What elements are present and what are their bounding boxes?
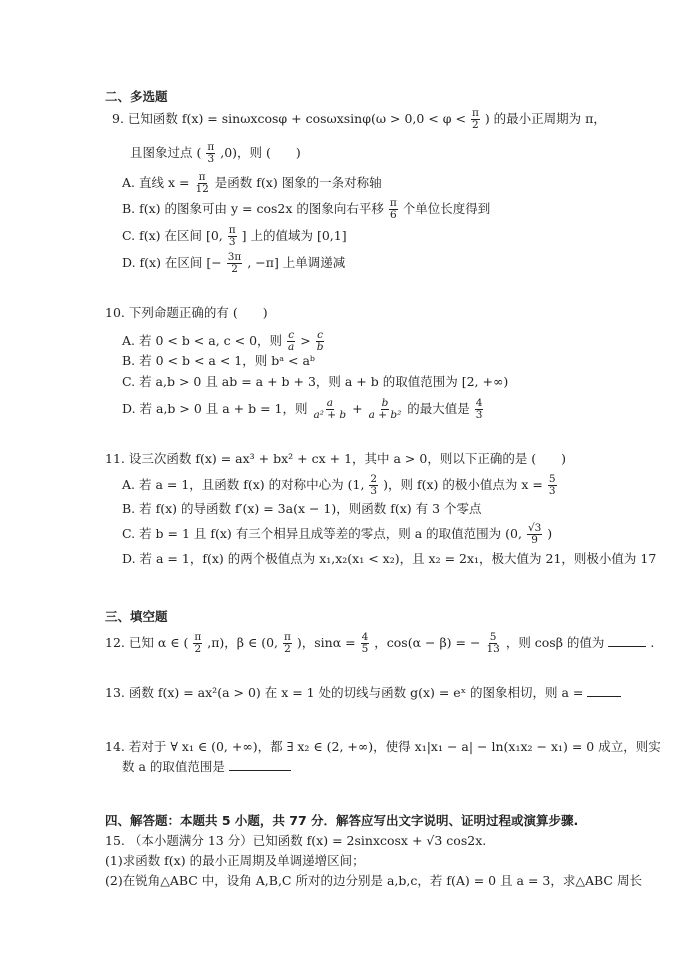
question-13: 13. 函数 f(x) = ax²(a > 0) 在 x = 1 处的切线与函数… [105, 684, 621, 702]
text: ，则 cosβ 的值为 [506, 635, 605, 650]
denominator: 5 [361, 644, 370, 655]
fraction: 3π2 [227, 252, 243, 275]
text: C. 若 b = 1 且 f(x) 有三个相异且成等差的零点，则 a 的取值范围… [122, 526, 522, 541]
fraction: 513 [485, 632, 500, 655]
denominator: 2 [283, 644, 292, 655]
q11-option-c: C. 若 b = 1 且 f(x) 有三个相异且成等差的零点，则 a 的取值范围… [122, 523, 552, 546]
denominator: b [316, 342, 325, 353]
text: A. 若 0 < b < a, c < 0，则 [122, 333, 282, 348]
denominator: 3 [206, 154, 215, 165]
text: )，sinα = [297, 635, 356, 650]
text: ,0)，则 ( ) [220, 145, 301, 160]
q10-option-c: C. 若 a,b > 0 且 ab = a + b + 3，则 a + b 的取… [122, 373, 508, 391]
question-15-part1: (1)求函数 f(x) 的最小正周期及单调递增区间； [105, 852, 365, 870]
text: )，则 f(x) 的极小值点为 x = [383, 477, 543, 492]
denominator: 13 [485, 644, 500, 655]
fraction: π2 [471, 108, 480, 131]
q9-stem-text-end: ) 的最小正周期为 π， [485, 111, 606, 126]
denominator: 2 [471, 120, 480, 131]
text: ) [547, 526, 552, 541]
text: , −π] 上单调递减 [247, 255, 345, 270]
text: > [300, 333, 310, 348]
q9-option-c: C. f(x) 在区间 [0, π3 ] 上的值域为 [0,1] [122, 225, 347, 248]
text: + [352, 401, 362, 416]
fraction: π3 [206, 142, 215, 165]
denominator: a² + b [312, 410, 347, 421]
fraction: ba + b² [368, 398, 403, 421]
text: 13. 函数 f(x) = ax²(a > 0) 在 x = 1 处的切线与函数… [105, 685, 583, 700]
fraction: 45 [361, 632, 370, 655]
answer-blank[interactable] [229, 758, 291, 771]
q9-option-a: A. 直线 x = π12 是函数 f(x) 图象的一条对称轴 [122, 172, 382, 195]
fraction: π3 [228, 225, 237, 248]
section-heading-multiple-choice: 二、多选题 [105, 88, 168, 106]
q11-option-a: A. 若 a = 1，且函数 f(x) 的对称中心为 (1, 23 )，则 f(… [122, 474, 558, 497]
text: 个单位长度得到 [403, 201, 491, 216]
text: 且图象过点 ( [130, 145, 201, 160]
denominator: 3 [228, 237, 237, 248]
text: D. 若 a,b > 0 且 a + b = 1，则 [122, 401, 308, 416]
fraction: π2 [193, 632, 202, 655]
fraction: π6 [389, 198, 398, 221]
denominator: a + b² [368, 410, 403, 421]
question-9-stem: 9. 已知函数 f(x) = sinωxcosφ + cosωxsinφ(ω >… [112, 108, 606, 131]
q10-option-a: A. 若 0 < b < a, c < 0，则 ca > cb [122, 330, 325, 353]
question-12: 12. 已知 α ∈ ( π2 ,π)，β ∈ (0, π2 )，sinα = … [105, 632, 654, 655]
fraction: π2 [283, 632, 292, 655]
question-11-stem: 11. 设三次函数 f(x) = ax³ + bx² + cx + 1，其中 a… [105, 450, 566, 468]
text: ] 上的值域为 [0,1] [242, 228, 347, 243]
text: 12. 已知 α ∈ ( [105, 635, 188, 650]
denominator: 2 [230, 264, 239, 275]
text: 的最大值是 [407, 401, 470, 416]
question-10-stem: 10. 下列命题正确的有 ( ) [105, 304, 268, 322]
fraction: ca [287, 330, 295, 353]
denominator: 3 [548, 486, 557, 497]
q9-number: 9. [112, 111, 124, 126]
text: D. f(x) 在区间 [− [122, 255, 222, 270]
text: . [650, 635, 654, 650]
q10-option-b: B. 若 0 < b < a < 1，则 bᵃ < aᵇ [122, 352, 315, 370]
q10-option-d: D. 若 a,b > 0 且 a + b = 1，则 aa² + b + ba … [122, 398, 484, 421]
fraction: 53 [548, 474, 557, 497]
denominator: 3 [475, 410, 484, 421]
text: A. 若 a = 1，且函数 f(x) 的对称中心为 (1, [122, 477, 364, 492]
question-14-line1: 14. 若对于 ∀ x₁ ∈ (0, +∞)，都 ∃ x₂ ∈ (2, +∞)，… [105, 738, 661, 756]
text: B. f(x) 的图象可由 y = cos2x 的图象向右平移 [122, 201, 384, 216]
text: ，cos(α − β) = − [374, 635, 480, 650]
denominator: 6 [389, 210, 398, 221]
q11-option-d: D. 若 a = 1，f(x) 的两个极值点为 x₁,x₂(x₁ < x₂)，且… [122, 550, 656, 568]
fraction: 43 [475, 398, 484, 421]
fraction: cb [316, 330, 325, 353]
section-heading-answer: 四、解答题：本题共 5 小题，共 77 分．解答应写出文字说明、证明过程或演算步… [105, 812, 578, 830]
fraction: 23 [369, 474, 378, 497]
question-15-part2: (2)在锐角△ABC 中，设角 A,B,C 所对的边分别是 a,b,c，若 f(… [105, 872, 642, 890]
denominator: 2 [193, 644, 202, 655]
q11-option-b: B. 若 f(x) 的导函数 f′(x) = 3a(x − 1)，则函数 f(x… [122, 500, 482, 518]
q9-option-b: B. f(x) 的图象可由 y = cos2x 的图象向右平移 π6 个单位长度… [122, 198, 490, 221]
q9-stem-text: 已知函数 f(x) = sinωxcosφ + cosωxsinφ(ω > 0,… [128, 111, 466, 126]
answer-blank[interactable] [587, 684, 621, 697]
fraction: √39 [527, 523, 542, 546]
fraction: π12 [194, 172, 209, 195]
denominator: 12 [194, 184, 209, 195]
fraction: aa² + b [312, 398, 347, 421]
q9-option-d: D. f(x) 在区间 [− 3π2 , −π] 上单调递减 [122, 252, 345, 275]
question-9-stem-line2: 且图象过点 ( π3 ,0)，则 ( ) [130, 142, 301, 165]
text: A. 直线 x = [122, 175, 189, 190]
text: C. f(x) 在区间 [0, [122, 228, 223, 243]
denominator: 3 [369, 486, 378, 497]
question-14-line2: 数 a 的取值范围是 [122, 758, 291, 776]
denominator: 9 [530, 535, 539, 546]
answer-blank[interactable] [608, 634, 646, 647]
text: ,π)，β ∈ (0, [207, 635, 278, 650]
text: 数 a 的取值范围是 [122, 759, 225, 774]
question-15-stem: 15. （本小题满分 13 分）已知函数 f(x) = 2sinxcosx + … [105, 832, 486, 850]
section-heading-fill-in: 三、填空题 [105, 608, 168, 626]
text: 是函数 f(x) 图象的一条对称轴 [215, 175, 382, 190]
